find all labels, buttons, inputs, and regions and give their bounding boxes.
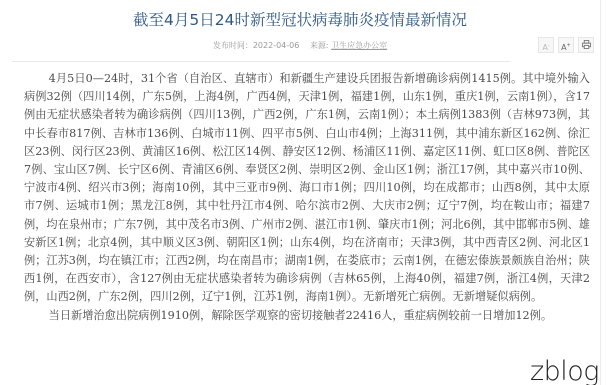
article-meta: 发布时间：2022-04-06 来源: 卫生应急办公室 xyxy=(0,40,600,51)
paragraph-recovery: 当日新增治愈出院病例1910例，解除医学观察的密切接触者22416人，重症病例较… xyxy=(24,307,590,325)
article-title: 截至4月5日24时新型冠状病毒肺炎疫情最新情况 xyxy=(0,8,600,30)
article-tools: A- A+ xyxy=(538,37,594,53)
publish-time: 发布时间：2022-04-06 xyxy=(213,41,300,50)
paragraph-cases: 4月5日0—24时，31个省（自治区、直辖市）和新疆生产建设兵团报告新增确诊病例… xyxy=(24,70,590,307)
publish-label: 发布时间： xyxy=(213,41,253,50)
header-divider xyxy=(12,61,510,62)
publish-date: 2022-04-06 xyxy=(253,41,300,50)
font-smaller-icon: A- xyxy=(542,43,549,52)
article-page: 截至4月5日24时新型冠状病毒肺炎疫情最新情况 发布时间：2022-04-06 … xyxy=(0,0,600,385)
article-body: 4月5日0—24时，31个省（自治区、直辖市）和新疆生产建设兵团报告新增确诊病例… xyxy=(24,70,590,325)
source-label: 来源: xyxy=(310,41,329,50)
print-button[interactable] xyxy=(578,37,594,53)
font-larger-button[interactable]: A+ xyxy=(558,37,574,53)
font-smaller-button[interactable]: A- xyxy=(538,37,554,53)
source: 来源: 卫生应急办公室 xyxy=(310,41,387,50)
source-link[interactable]: 卫生应急办公室 xyxy=(331,41,387,50)
font-larger-icon: A+ xyxy=(561,43,571,52)
page-edge-divider xyxy=(600,0,601,385)
content-fade-overlay xyxy=(0,318,600,385)
print-icon xyxy=(582,40,591,49)
watermark: zblog xyxy=(530,356,599,385)
